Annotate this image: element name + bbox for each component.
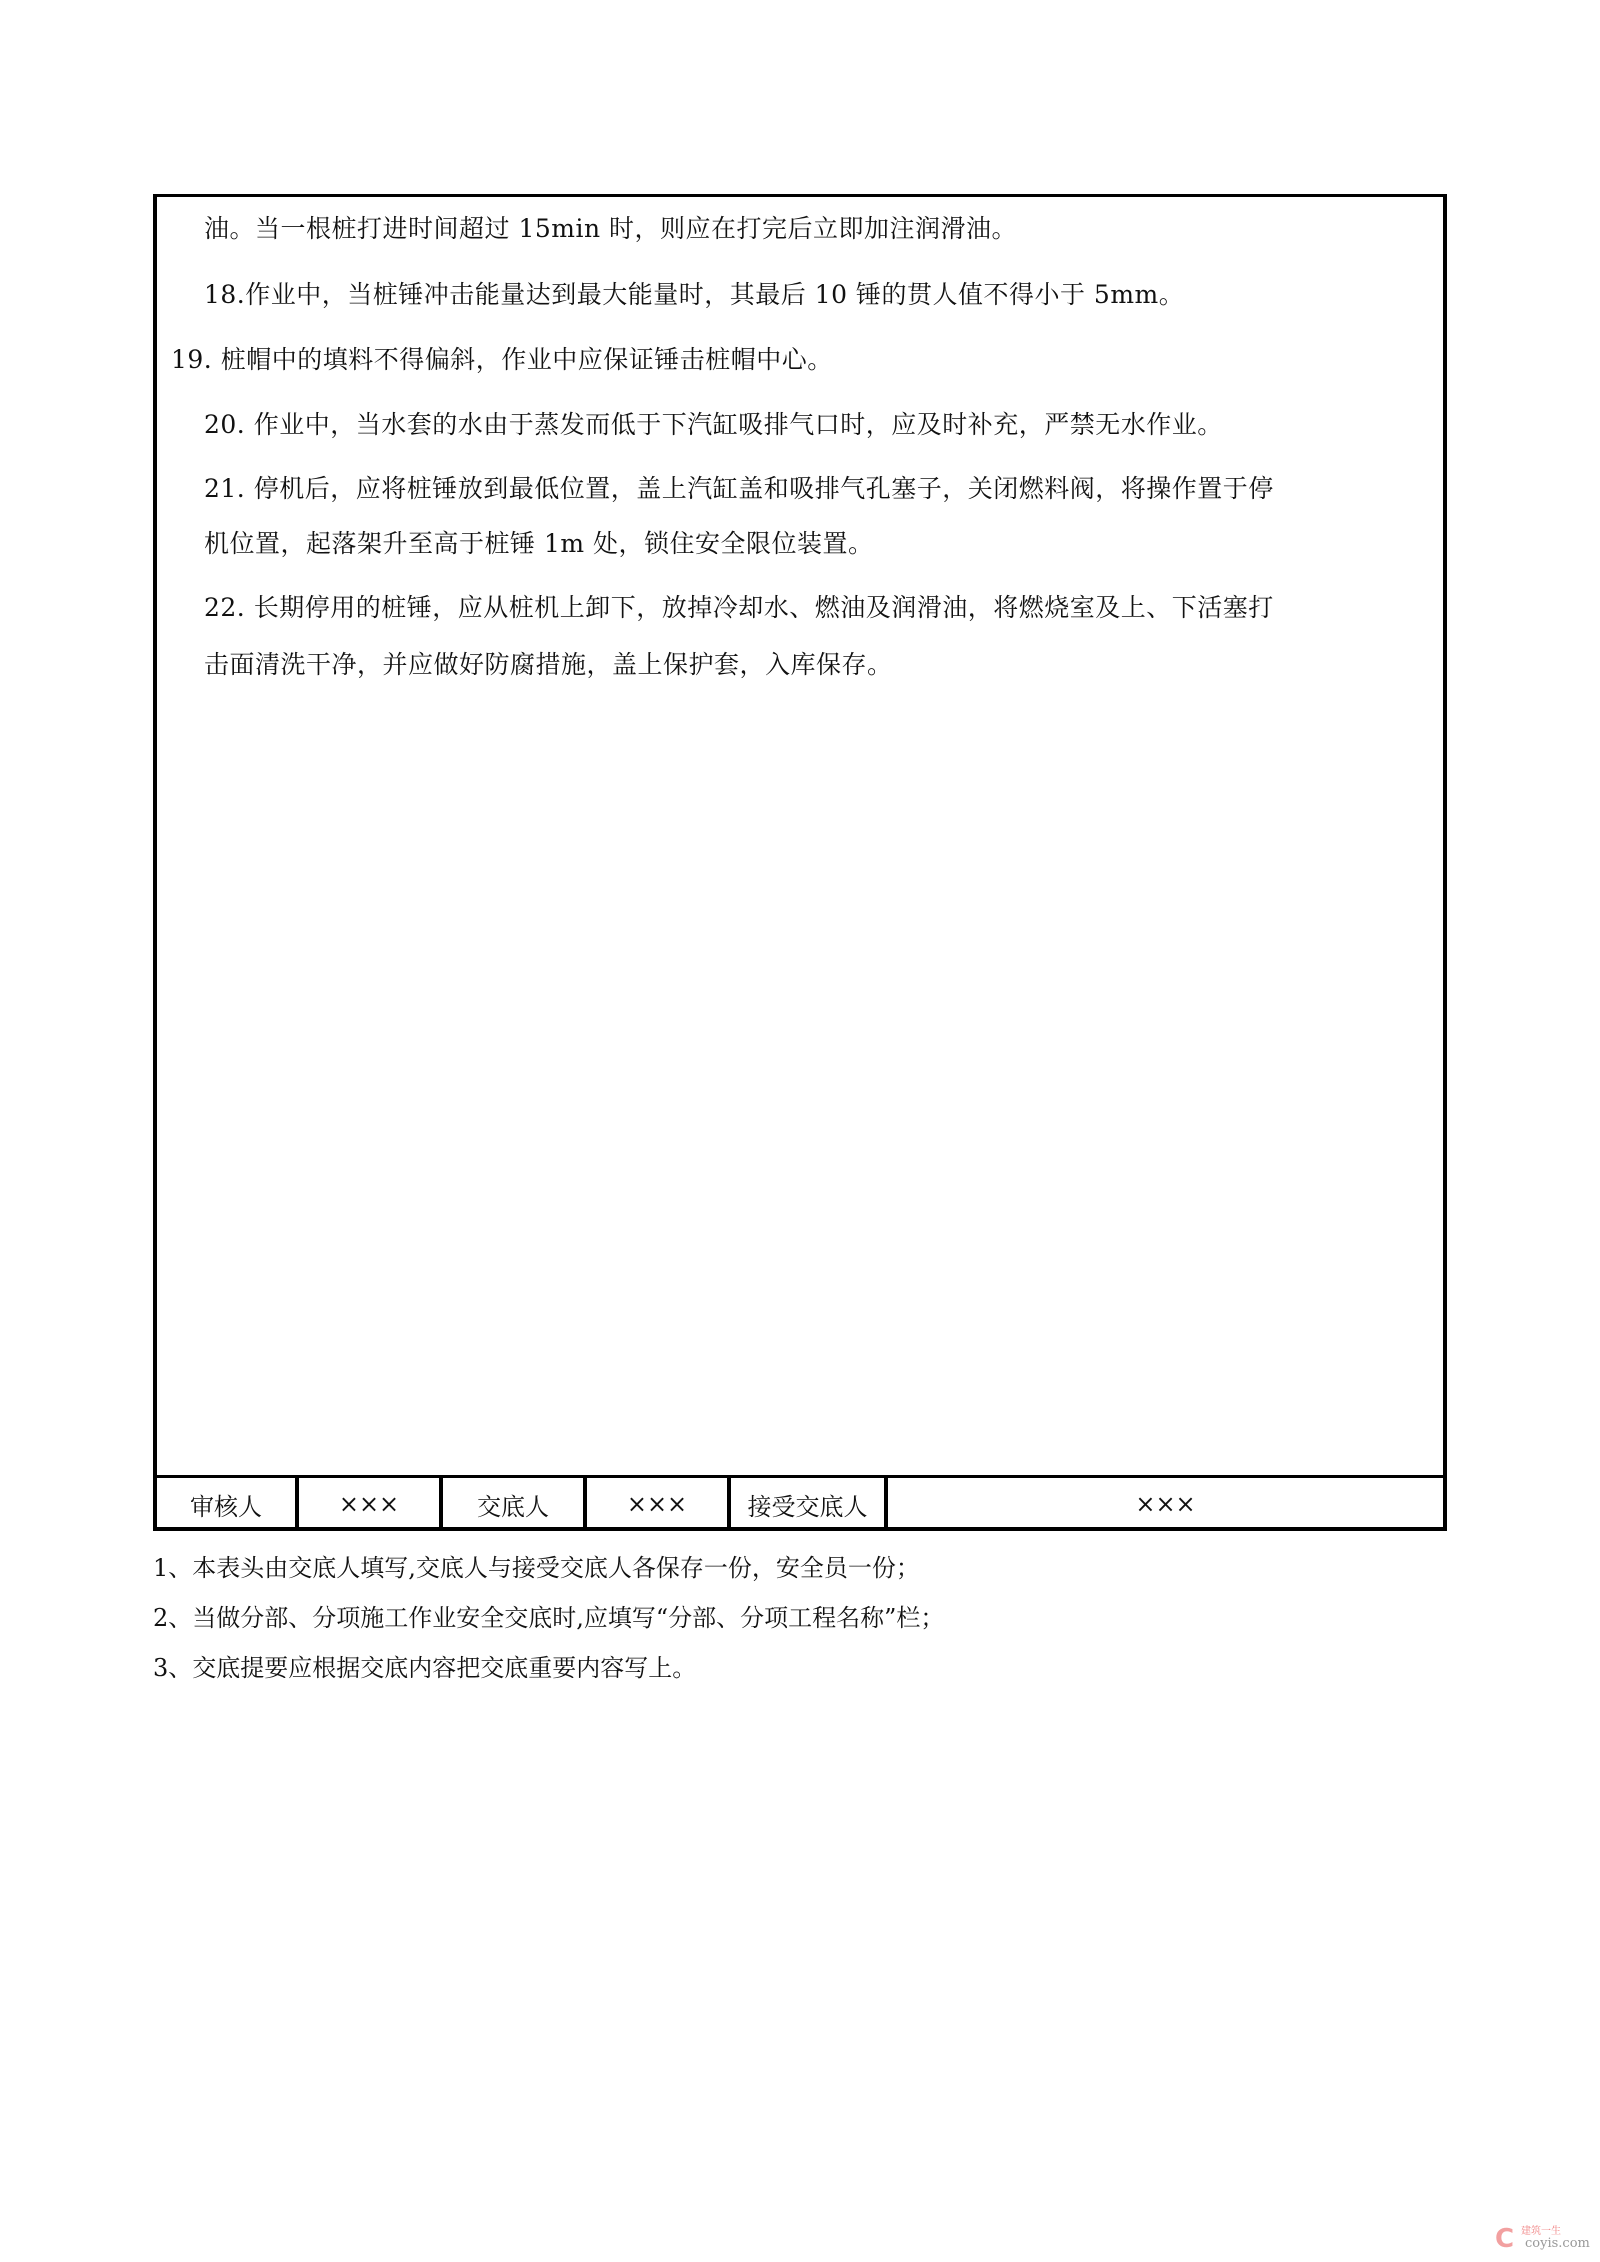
disclosure-content-cell: 油。当一根桩打进时间超过 15min 时，则应在打完后立即加注润滑油。 18.作… — [157, 197, 1443, 1477]
item-21: 21. 停机后，应将桩锤放到最低位置，盖上汽缸盖和吸排气孔塞子，关闭燃料阀，将操… — [204, 474, 1274, 504]
item-20: 20. 作业中，当水套的水由于蒸发而低于下汽缸吸排气口时，应及时补充，严禁无水作… — [204, 410, 1223, 440]
discloser-label: 交底人 — [443, 1478, 587, 1530]
watermark-en: coyis.com — [1525, 2236, 1590, 2251]
disclosure-table: 油。当一根桩打进时间超过 15min 时，则应在打完后立即加注润滑油。 18.作… — [153, 194, 1447, 1531]
watermark-cn: 建筑一生 — [1521, 2222, 1561, 2237]
item-21-cont: 机位置，起落架升至高于桩锤 1m 处，锁住安全限位装置。 — [204, 529, 874, 559]
item-22-cont: 击面清洗干净，并应做好防腐措施，盖上保护套，入库保存。 — [204, 650, 893, 680]
watermark: C 建筑一生 coyis.com — [1495, 2222, 1595, 2256]
footnote-2: 2、当做分部、分项施工作业安全交底时,应填写“分部、分项工程名称”栏； — [153, 1603, 944, 1633]
item-22: 22. 长期停用的桩锤，应从桩机上卸下，放掉冷却水、燃油及润滑油，将燃烧室及上、… — [204, 593, 1274, 623]
footnote-1: 1、本表头由交底人填写,交底人与接受交底人各保存一份，安全员一份； — [153, 1553, 920, 1583]
item-19: 19. 桩帽中的填料不得偏斜，作业中应保证锤击桩帽中心。 — [171, 345, 833, 375]
reviewer-value: ××× — [299, 1478, 443, 1530]
discloser-value: ××× — [587, 1478, 731, 1530]
recipient-value: ××× — [888, 1478, 1443, 1530]
recipient-label: 接受交底人 — [731, 1478, 888, 1530]
signature-row: 审核人 ××× 交底人 ××× 接受交底人 ××× — [157, 1475, 1443, 1530]
reviewer-label: 审核人 — [157, 1478, 299, 1530]
item-18: 18.作业中，当桩锤冲击能量达到最大能量时，其最后 10 锤的贯人值不得小于 5… — [204, 280, 1184, 310]
watermark-logo-icon: C — [1495, 2224, 1514, 2254]
footnote-3: 3、交底提要应根据交底内容把交底重要内容写上。 — [153, 1653, 696, 1683]
content-line: 油。当一根桩打进时间超过 15min 时，则应在打完后立即加注润滑油。 — [204, 214, 1017, 244]
